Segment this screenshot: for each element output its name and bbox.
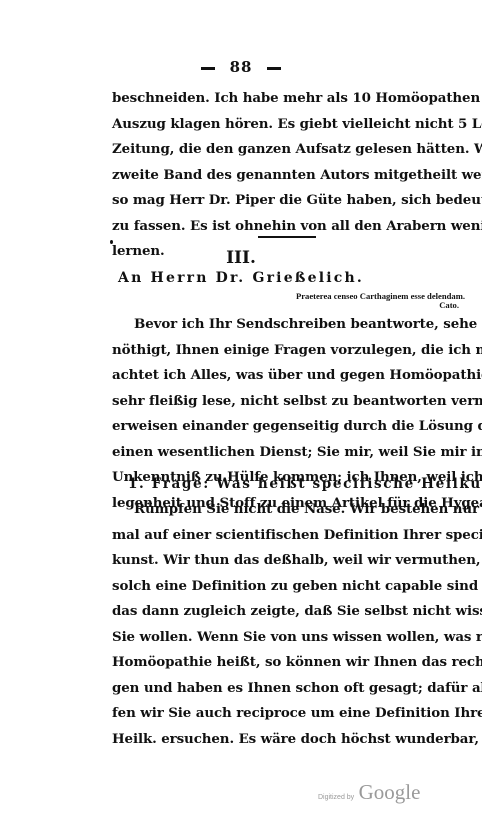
text-line: Auszug klagen hören. Es giebt vielleicht… [112, 112, 460, 138]
question-heading: 1. Frage: Was heißt specifische Heilkuns… [112, 472, 460, 497]
text-line: zweite Band des genannten Autors mitgeth… [112, 163, 460, 189]
section-number: III. [0, 248, 482, 268]
text-line: sehr fleißig lese, nicht selbst zu beant… [112, 389, 460, 415]
text-line: fen wir Sie auch reciproce um eine Defin… [112, 701, 460, 727]
text-line: achtet ich Alles, was über und gegen Hom… [112, 363, 460, 389]
text-line: kunst. Wir thun das deßhalb, weil wir ve… [112, 548, 460, 574]
text-line: Zeitung, die den ganzen Aufsatz gelesen … [112, 137, 460, 163]
epigraph-attribution: Cato. [250, 301, 465, 310]
text-line: Sie wollen. Wenn Sie von uns wissen woll… [112, 625, 460, 651]
text-line: mal auf einer scientifischen Definition … [112, 523, 460, 549]
digitized-by-google-watermark: Digitized by Google [318, 780, 420, 805]
text-line: das dann zugleich zeigte, daß Sie selbst… [112, 599, 460, 625]
text-line: Heilk. ersuchen. Es wäre doch höchst wun… [112, 727, 460, 753]
page-number: 88 [230, 58, 253, 76]
text-line: so mag Herr Dr. Piper die Güte haben, si… [112, 188, 460, 214]
section-divider [258, 236, 316, 238]
paragraph-answer: Rümpfen Sie nicht die Nase. Wir bestehen… [112, 497, 460, 752]
text-line: solch eine Definition zu geben nicht cap… [112, 574, 460, 600]
text-line: Rümpfen Sie nicht die Nase. Wir bestehen… [112, 497, 460, 523]
header-dash-right [267, 67, 281, 70]
text-line: Bevor ich Ihr Sendschreiben beantworte, … [112, 312, 460, 338]
ink-speck [110, 240, 113, 244]
epigraph: Praeterea censeo Carthaginem esse delend… [250, 292, 465, 310]
text-line: beschneiden. Ich habe mehr als 10 Homöop… [112, 86, 460, 112]
page-header: 88 [0, 58, 482, 76]
text-line: erweisen einander gegenseitig durch die … [112, 414, 460, 440]
header-dash-left [201, 67, 215, 70]
digitized-label: Digitized by [318, 794, 354, 801]
text-line: gen und haben es Ihnen schon oft gesagt;… [112, 676, 460, 702]
section-title: An Herrn Dr. Grießelich. [0, 270, 482, 286]
text-line: einen wesentlichen Dienst; Sie mir, weil… [112, 440, 460, 466]
text-line: nöthigt, Ihnen einige Fragen vorzulegen,… [112, 338, 460, 364]
text-line: Homöopathie heißt, so können wir Ihnen d… [112, 650, 460, 676]
book-page: 88 beschneiden. Ich habe mehr als 10 Hom… [0, 0, 482, 818]
google-logo-text: Google [359, 780, 421, 804]
